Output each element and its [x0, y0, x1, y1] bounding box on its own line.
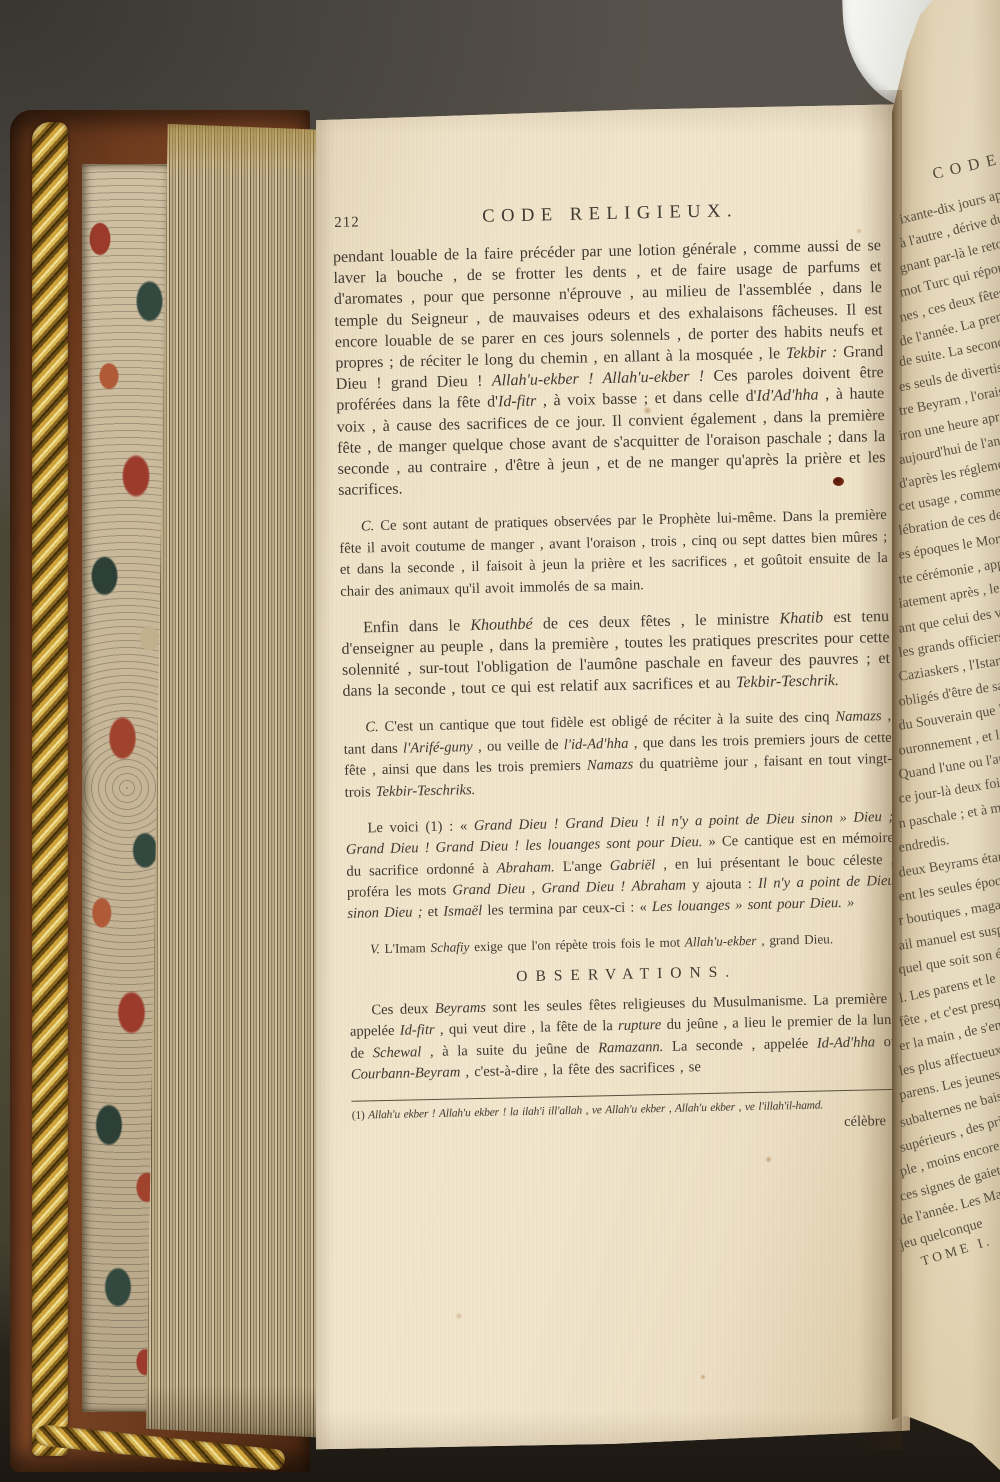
- paragraph-observations-1: Ces deux Beyrams sont les seules fêtes r…: [349, 989, 899, 1087]
- right-page-curved: CODE ixante-dix jours aprèà l'autre , dé…: [892, 0, 1000, 1482]
- gilt-rope-border-vertical: [32, 122, 68, 1456]
- right-page-lines: ixante-dix jours aprèà l'autre , dérive …: [898, 192, 1000, 1241]
- foxing-spot: [566, 860, 572, 866]
- foxing-spot: [856, 228, 862, 234]
- page-number: 212: [334, 214, 360, 232]
- page-header: 212 CODE RELIGIEUX.: [332, 198, 880, 236]
- foxing-spot: [643, 406, 652, 415]
- paragraph-commentary-2: C. C'est un cantique que tout fidèle est…: [343, 706, 893, 804]
- variant-note: V. L'Imam Schafiy exige que l'on répète …: [348, 929, 896, 959]
- book-photo-scene: 212 CODE RELIGIEUX. pendant louable de l…: [0, 0, 1000, 1482]
- ink-blot: [833, 477, 844, 486]
- paragraph-body-1: pendant louable de la faire précéder par…: [333, 235, 886, 501]
- paragraph-quote-cantique: Le voici (1) : « Grand Dieu ! Grand Dieu…: [345, 807, 895, 926]
- running-title: CODE RELIGIEUX.: [332, 198, 880, 231]
- paragraph-commentary-1: C. Ce sont autant de pratiques observées…: [339, 505, 889, 603]
- page-block-edges: [146, 124, 344, 1438]
- left-page: 212 CODE RELIGIEUX. pendant louable de l…: [316, 100, 910, 1452]
- left-page-text-column: 212 CODE RELIGIEUX. pendant louable de l…: [332, 198, 900, 1142]
- foxing-spot: [765, 1156, 772, 1163]
- paragraph-body-2: Enfin dans le Khouthbé de ces deux fêtes…: [341, 606, 891, 703]
- foxing-spot: [700, 1374, 706, 1380]
- right-page-running-title: CODE: [931, 150, 1000, 184]
- observations-heading: OBSERVATIONS.: [349, 960, 897, 990]
- foxing-spot: [455, 1312, 463, 1320]
